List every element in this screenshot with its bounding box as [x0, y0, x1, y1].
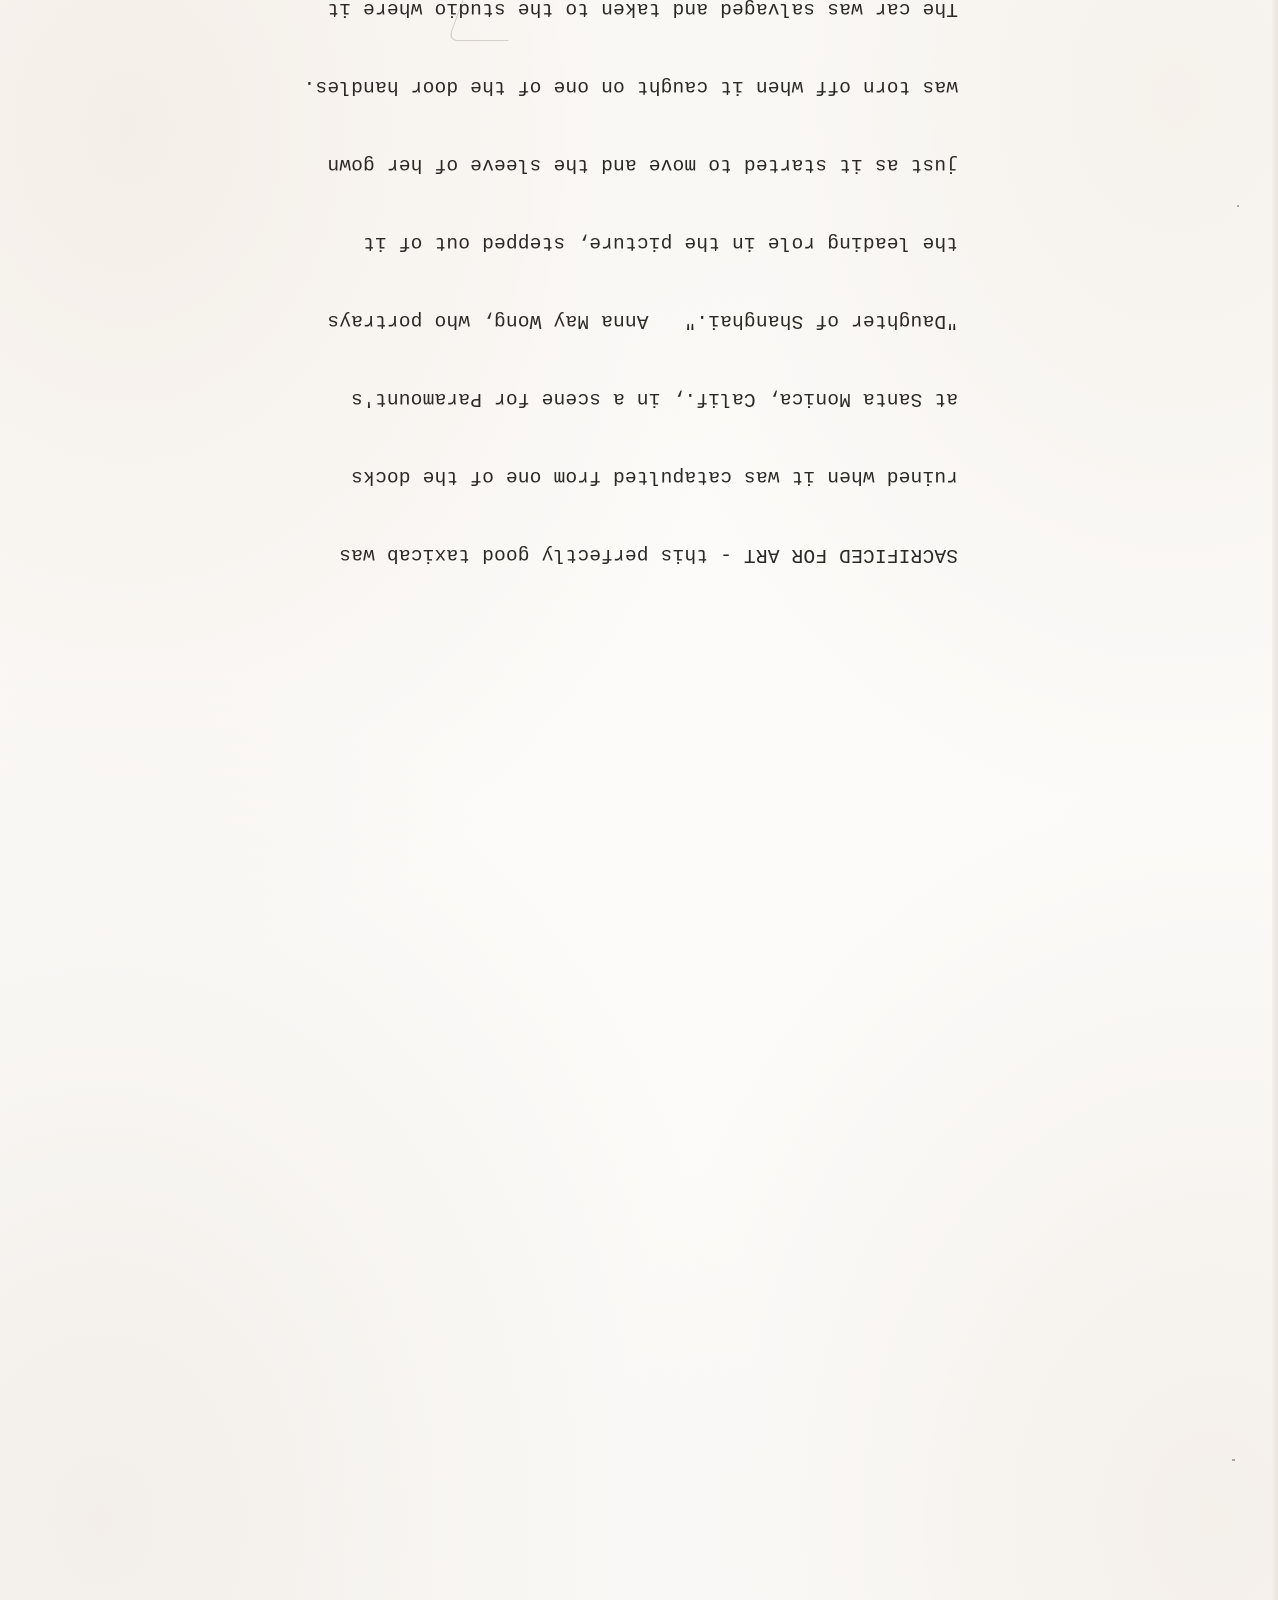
paper-speck: [1232, 1459, 1235, 1461]
caption-line: "Daughter of Shanghai." Anna May Wong, w…: [378, 308, 958, 334]
paper-edge: [1272, 0, 1278, 1600]
paper-sheet: SACRIFICED FOR ART - this perfectly good…: [0, 0, 1278, 1600]
caption-line: ruined when it was catapulted from one o…: [378, 464, 958, 490]
typed-caption: SACRIFICED FOR ART - this perfectly good…: [378, 360, 958, 620]
caption-line: The car was salvaged and taken to the st…: [378, 0, 958, 22]
caption-line: the leading role in the picture, stepped…: [378, 230, 958, 256]
caption-line: at Santa Monica, Calif., in a scene for …: [378, 386, 958, 412]
caption-line: was torn off when it caught on one of th…: [378, 74, 958, 100]
caption-line: just as it started to move and the sleev…: [378, 152, 958, 178]
paper-speck: [1237, 205, 1239, 207]
caption-line: SACRIFICED FOR ART - this perfectly good…: [378, 542, 958, 568]
